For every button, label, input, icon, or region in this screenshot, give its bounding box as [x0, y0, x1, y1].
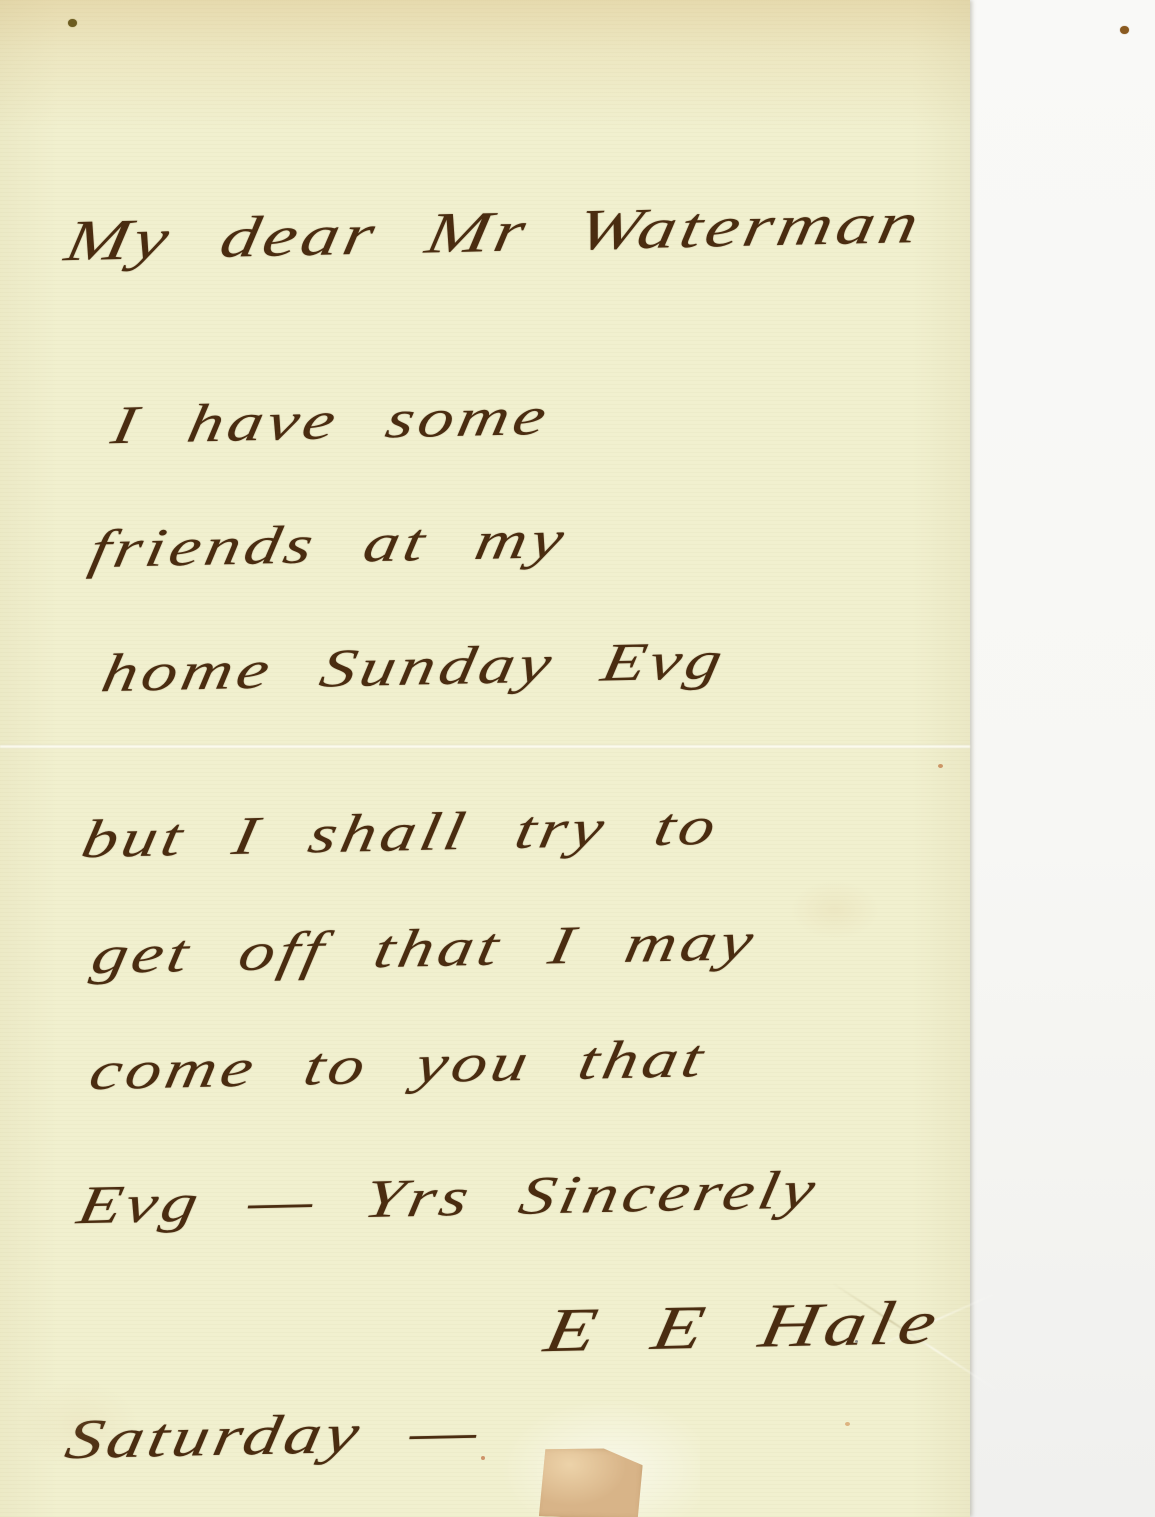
paper-speck	[845, 1422, 850, 1426]
signature: E E Hale	[540, 1292, 947, 1363]
ink-speck	[68, 19, 77, 27]
paper-speck	[481, 1456, 485, 1460]
faint-stain	[790, 880, 880, 940]
salutation-line: My dear Mr Waterman	[61, 194, 927, 270]
body-line-6: come to you that	[85, 1031, 711, 1098]
body-line-2: friends at my	[85, 512, 572, 576]
body-line-5: get off that I may	[87, 914, 761, 982]
scanner-background-strip	[970, 0, 1155, 1517]
body-line-1: I have some	[107, 389, 554, 452]
body-line-7-closing: Evg — Yrs Sincerely	[73, 1162, 823, 1232]
horizontal-fold-crease	[0, 744, 970, 749]
body-line-4: but I shall try to	[77, 799, 724, 867]
body-line-3: home Sunday Evg	[97, 633, 730, 700]
aged-top-tint	[0, 0, 970, 130]
pinhole-mark	[855, 1340, 858, 1343]
paper-speck	[938, 764, 943, 768]
debris-speck	[1120, 26, 1129, 34]
faint-stain	[20, 1380, 140, 1470]
tape-remnant	[537, 1446, 643, 1517]
scanned-letter-page: My dear Mr Waterman I have some friends …	[0, 0, 1155, 1517]
letter-paper: My dear Mr Waterman I have some friends …	[0, 0, 970, 1517]
